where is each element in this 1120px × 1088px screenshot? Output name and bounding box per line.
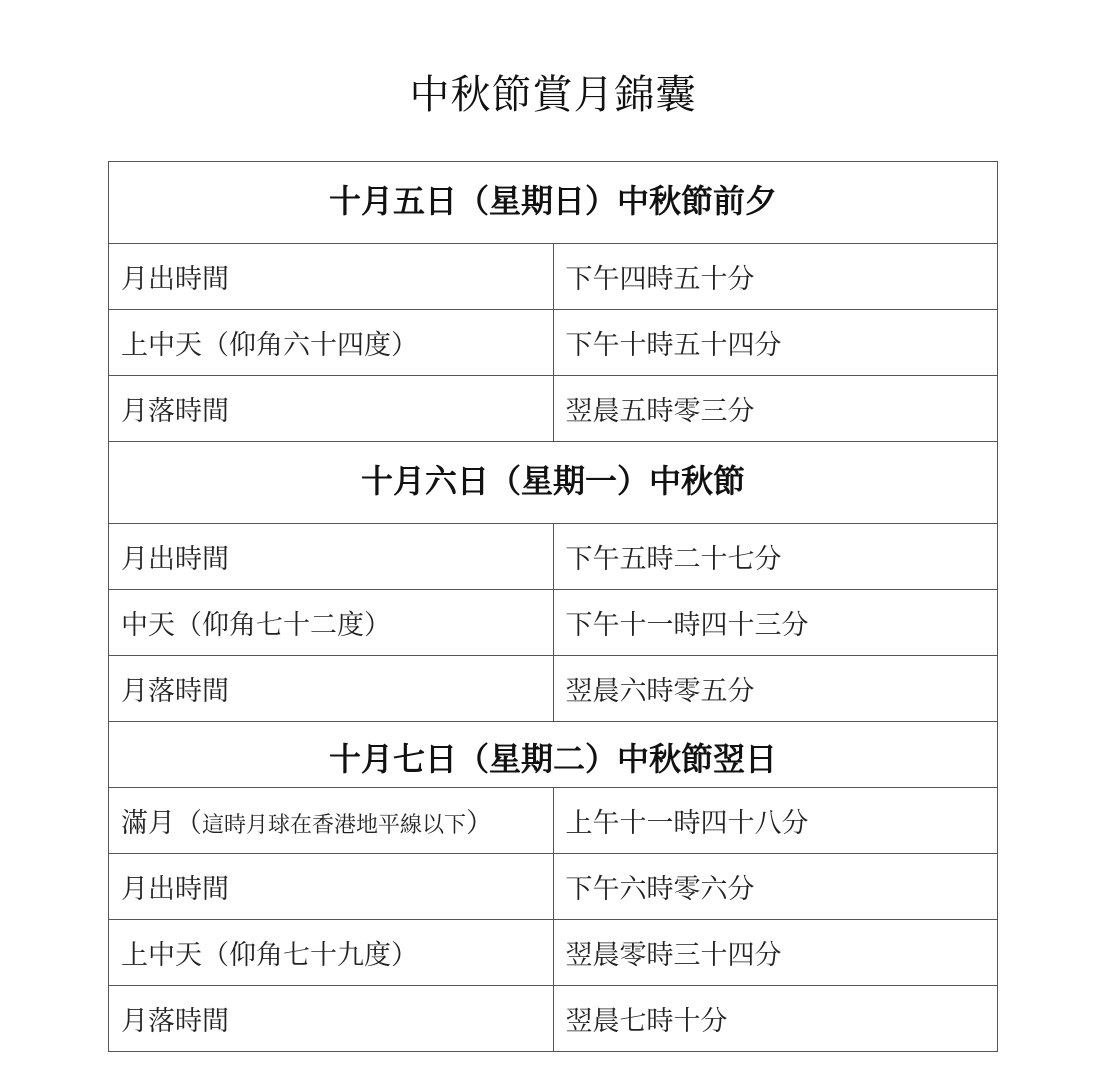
row-label-close: ） xyxy=(466,808,493,839)
table-row: 月出時間 下午六時零六分 xyxy=(109,854,998,920)
section-header-oct7: 十月七日（星期二）中秋節翌日 xyxy=(109,722,998,788)
row-label: 月出時間 xyxy=(109,854,554,920)
row-value: 下午五時二十七分 xyxy=(553,524,998,590)
row-label: 上中天（仰角六十四度） xyxy=(109,310,554,376)
table-row: 滿月（這時月球在香港地平線以下） 上午十一時四十八分 xyxy=(109,788,998,854)
table-row: 上中天（仰角六十四度） 下午十時五十四分 xyxy=(109,310,998,376)
row-label: 上中天（仰角七十九度） xyxy=(109,920,554,986)
row-label: 月落時間 xyxy=(109,376,554,442)
section-heading: 十月六日（星期一）中秋節 xyxy=(109,442,998,524)
row-value: 上午十一時四十八分 xyxy=(553,788,998,854)
section-header-oct6: 十月六日（星期一）中秋節 xyxy=(109,442,998,524)
row-label-main: 滿月（ xyxy=(121,808,202,839)
table-row: 月出時間 下午五時二十七分 xyxy=(109,524,998,590)
row-value: 下午十一時四十三分 xyxy=(553,590,998,656)
table-row: 月出時間 下午四時五十分 xyxy=(109,244,998,310)
row-value: 下午十時五十四分 xyxy=(553,310,998,376)
row-label: 中天（仰角七十二度） xyxy=(109,590,554,656)
table-row: 中天（仰角七十二度） 下午十一時四十三分 xyxy=(109,590,998,656)
section-header-oct5: 十月五日（星期日）中秋節前夕 xyxy=(109,162,998,244)
row-label: 月落時間 xyxy=(109,656,554,722)
row-label: 滿月（這時月球在香港地平線以下） xyxy=(109,788,554,854)
section-heading: 十月七日（星期二）中秋節翌日 xyxy=(109,722,998,788)
row-value: 下午四時五十分 xyxy=(553,244,998,310)
moon-viewing-table: 十月五日（星期日）中秋節前夕 月出時間 下午四時五十分 上中天（仰角六十四度） … xyxy=(108,161,998,1052)
table-row: 月落時間 翌晨七時十分 xyxy=(109,986,998,1052)
section-heading: 十月五日（星期日）中秋節前夕 xyxy=(109,162,998,244)
row-value: 翌晨零時三十四分 xyxy=(553,920,998,986)
row-label: 月出時間 xyxy=(109,524,554,590)
row-label: 月落時間 xyxy=(109,986,554,1052)
row-label: 月出時間 xyxy=(109,244,554,310)
page-title: 中秋節賞月錦囊 xyxy=(0,65,1106,125)
row-label-note: 這時月球在香港地平線以下 xyxy=(202,813,466,838)
table-row: 月落時間 翌晨六時零五分 xyxy=(109,656,998,722)
row-value: 翌晨五時零三分 xyxy=(553,376,998,442)
row-value: 翌晨六時零五分 xyxy=(553,656,998,722)
table-row: 月落時間 翌晨五時零三分 xyxy=(109,376,998,442)
row-value: 翌晨七時十分 xyxy=(553,986,998,1052)
table-row: 上中天（仰角七十九度） 翌晨零時三十四分 xyxy=(109,920,998,986)
row-value: 下午六時零六分 xyxy=(553,854,998,920)
